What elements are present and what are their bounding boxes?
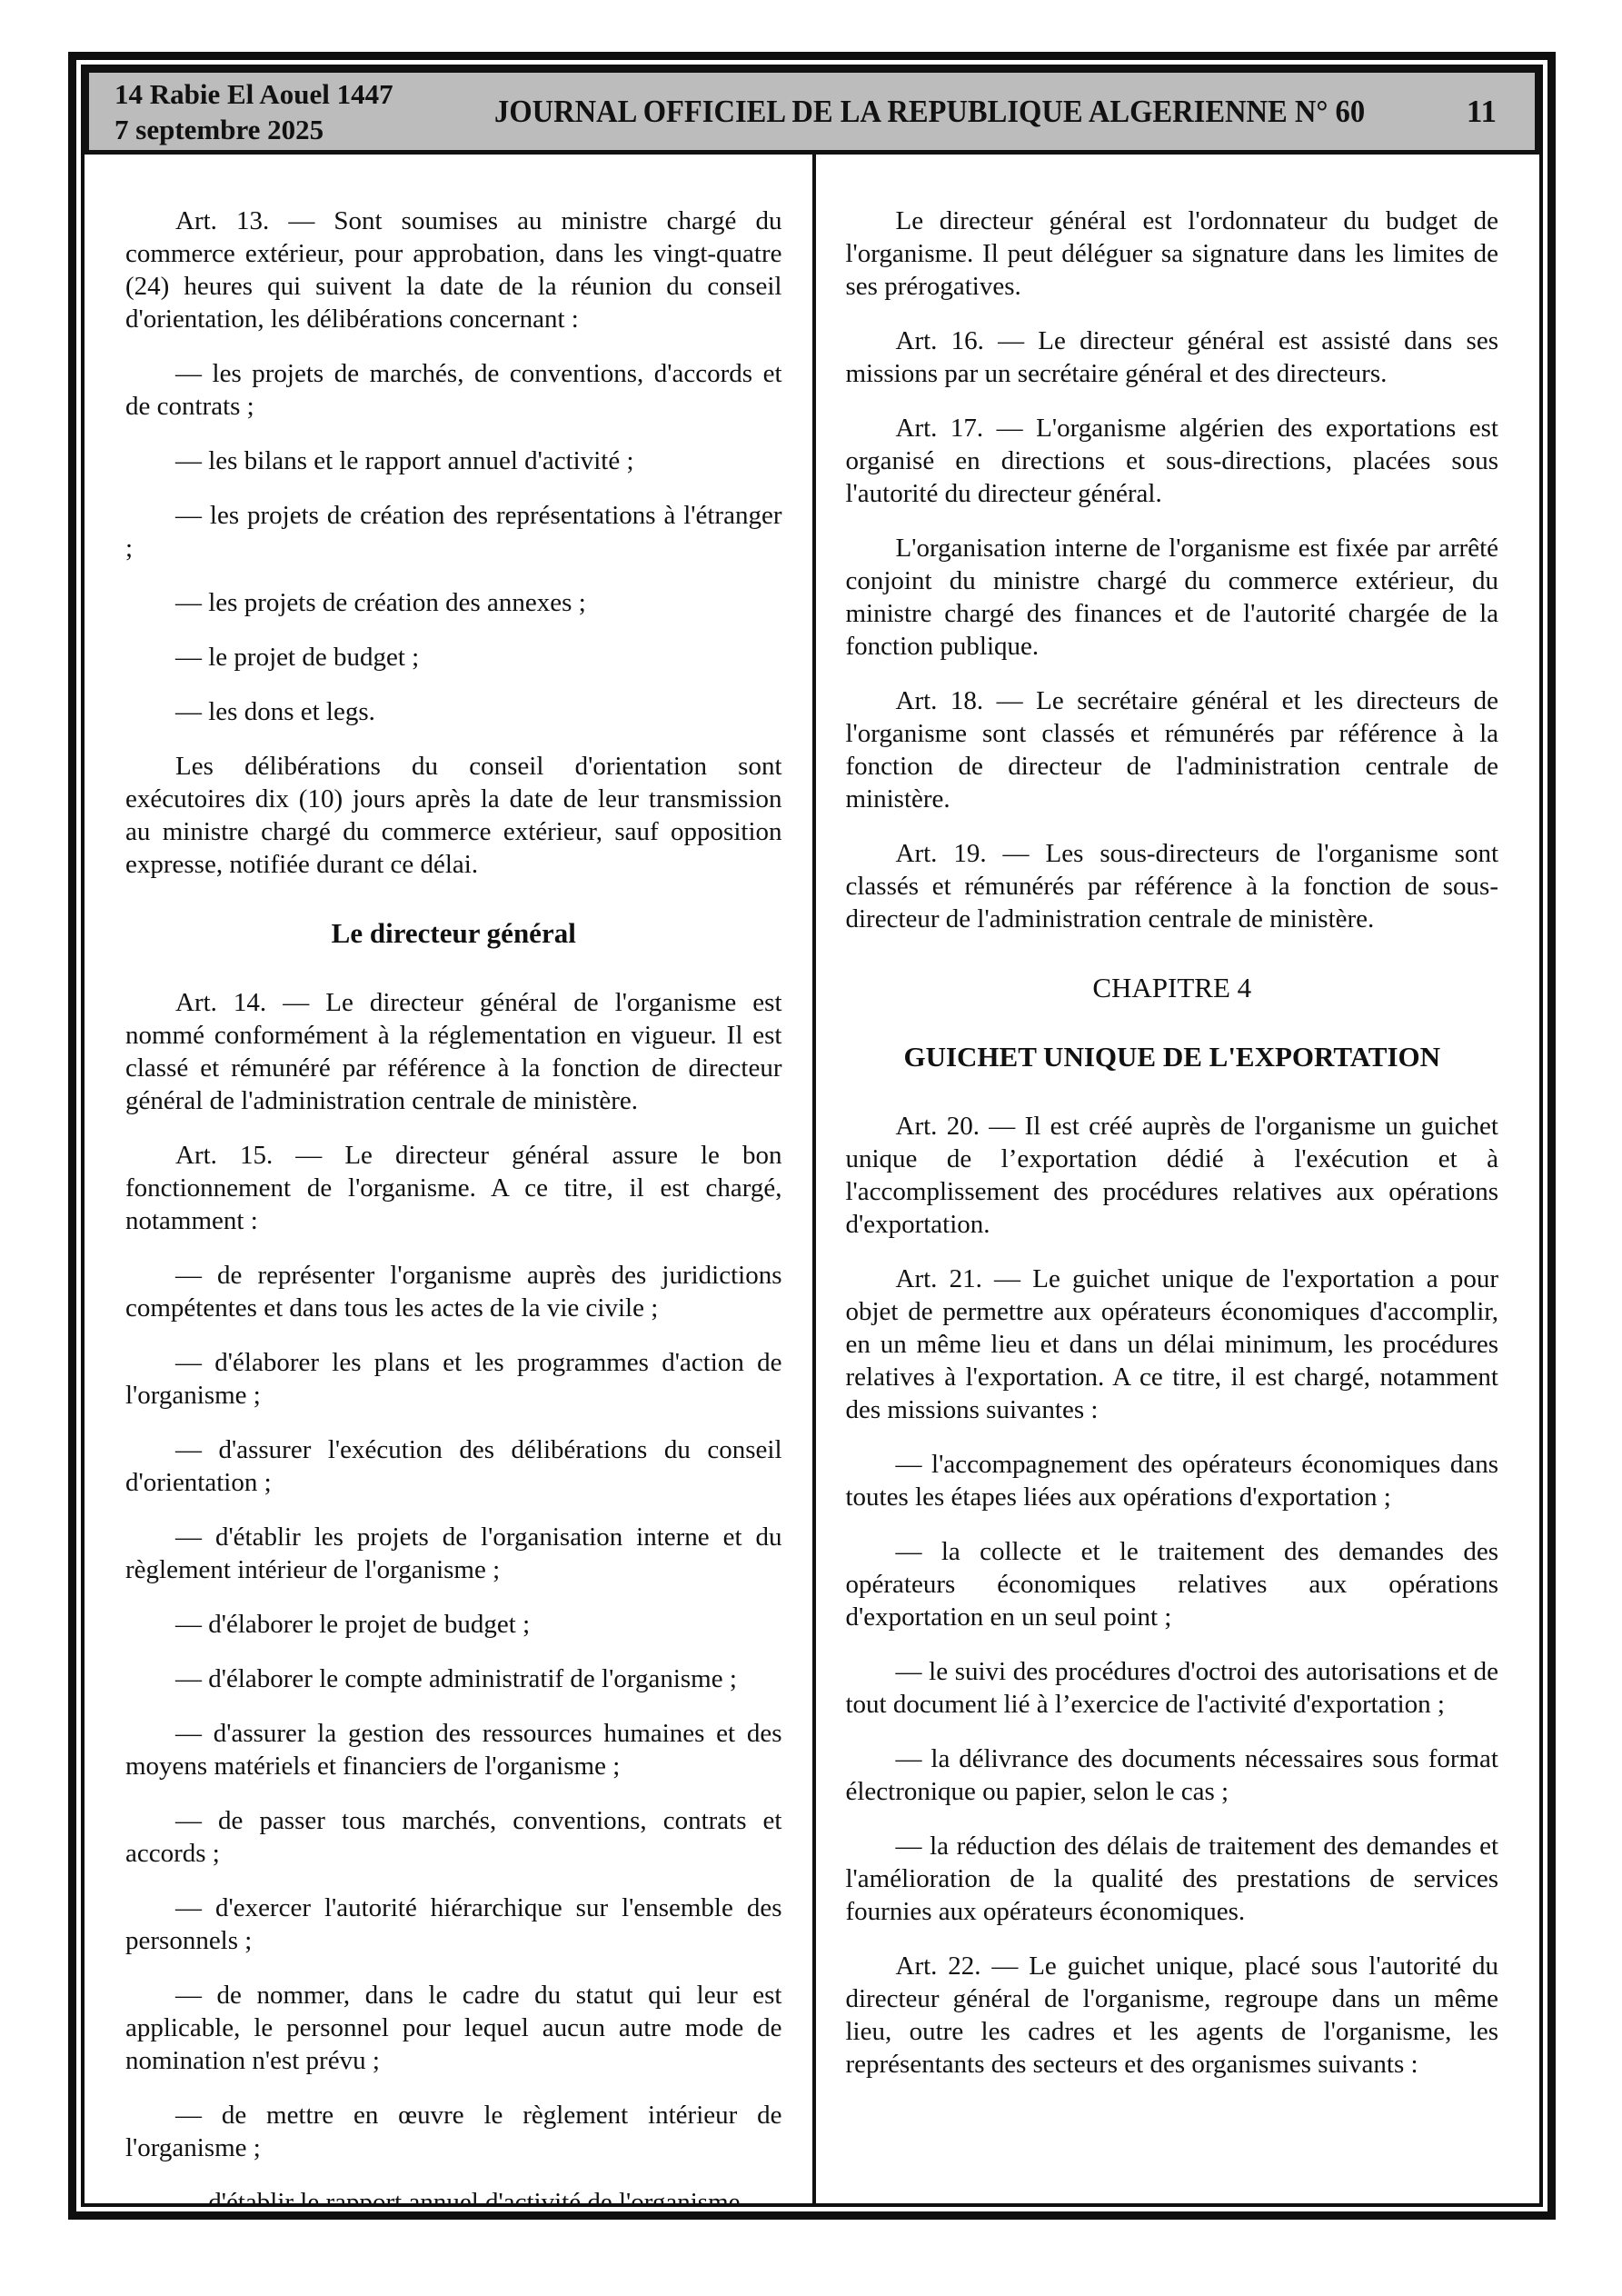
list-item: — le projet de budget ; [125, 641, 782, 674]
list-item: — la réduction des délais de traitement … [846, 1830, 1499, 1928]
list-item: — de représenter l'organisme auprès des … [125, 1259, 782, 1324]
article-paragraph: Art. 13. — Sont soumises au ministre cha… [125, 205, 782, 335]
article-paragraph: Art. 15. — Le directeur général assure l… [125, 1139, 782, 1237]
article-paragraph: Art. 19. — Les sous-directeurs de l'orga… [846, 837, 1499, 935]
page-frame: 14 Rabie El Aouel 1447 7 septembre 2025 … [68, 52, 1556, 2220]
list-item: — d'établir les projets de l'organisatio… [125, 1521, 782, 1586]
article-paragraph: Art. 16. — Le directeur général est assi… [846, 324, 1499, 390]
article-paragraph: Le directeur général est l'ordonnateur d… [846, 205, 1499, 303]
article-paragraph: Art. 20. — Il est créé auprès de l'organ… [846, 1110, 1499, 1241]
article-paragraph: L'organisation interne de l'organisme es… [846, 532, 1499, 663]
list-item: — les projets de création des représenta… [125, 499, 782, 564]
list-item: — d'élaborer le compte administratif de … [125, 1662, 782, 1695]
header-dates: 14 Rabie El Aouel 1447 7 septembre 2025 [89, 76, 393, 147]
article-paragraph: Art. 17. — L'organisme algérien des expo… [846, 412, 1499, 510]
list-item: — de nommer, dans le cadre du statut qui… [125, 1979, 782, 2077]
list-item: — la collecte et le traitement des deman… [846, 1535, 1499, 1633]
chapter-heading: CHAPITRE 4 [846, 972, 1499, 1004]
article-paragraph: Art. 21. — Le guichet unique de l'export… [846, 1263, 1499, 1426]
right-column: Le directeur général est l'ordonnateur d… [812, 155, 1499, 2203]
list-item: — l'accompagnement des opérateurs économ… [846, 1448, 1499, 1513]
list-item: — la délivrance des documents nécessaire… [846, 1742, 1499, 1808]
page-content: Art. 13. — Sont soumises au ministre cha… [85, 155, 1539, 2203]
list-item: — d'assurer l'exécution des délibération… [125, 1433, 782, 1499]
list-item: — le suivi des procédures d'octroi des a… [846, 1655, 1499, 1721]
left-column: Art. 13. — Sont soumises au ministre cha… [125, 155, 812, 2203]
list-item: — d'élaborer le projet de budget ; [125, 1608, 782, 1641]
list-item: — les projets de marchés, de conventions… [125, 357, 782, 423]
list-item: — les projets de création des annexes ; [125, 586, 782, 619]
list-item: — les bilans et le rapport annuel d'acti… [125, 444, 782, 477]
article-paragraph: Les délibérations du conseil d'orientati… [125, 750, 782, 881]
article-paragraph: Art. 18. — Le secrétaire général et les … [846, 684, 1499, 815]
page-frame-inner: 14 Rabie El Aouel 1447 7 septembre 2025 … [81, 65, 1543, 2207]
list-item: — de passer tous marchés, conventions, c… [125, 1804, 782, 1870]
article-paragraph: Art. 22. — Le guichet unique, placé sous… [846, 1950, 1499, 2081]
list-item: — de mettre en œuvre le règlement intéri… [125, 2099, 782, 2164]
section-heading: Le directeur général [125, 917, 782, 950]
section-heading: GUICHET UNIQUE DE L'EXPORTATION [846, 1041, 1499, 1073]
list-item: — d'assurer la gestion des ressources hu… [125, 1717, 782, 1782]
journal-title: JOURNAL OFFICIEL DE LA REPUBLIQUE ALGERI… [393, 94, 1467, 130]
article-paragraph: Art. 14. — Le directeur général de l'org… [125, 986, 782, 1117]
page-number: 11 [1467, 94, 1535, 130]
list-item: — les dons et legs. [125, 695, 782, 728]
list-item: — d'élaborer les plans et les programmes… [125, 1346, 782, 1412]
hijri-date: 14 Rabie El Aouel 1447 [114, 76, 393, 112]
journal-header-band: 14 Rabie El Aouel 1447 7 septembre 2025 … [85, 68, 1539, 155]
list-item: — d'établir le rapport annuel d'activité… [125, 2186, 782, 2203]
gregorian-date: 7 septembre 2025 [114, 112, 393, 147]
list-item: — d'exercer l'autorité hiérarchique sur … [125, 1892, 782, 1957]
